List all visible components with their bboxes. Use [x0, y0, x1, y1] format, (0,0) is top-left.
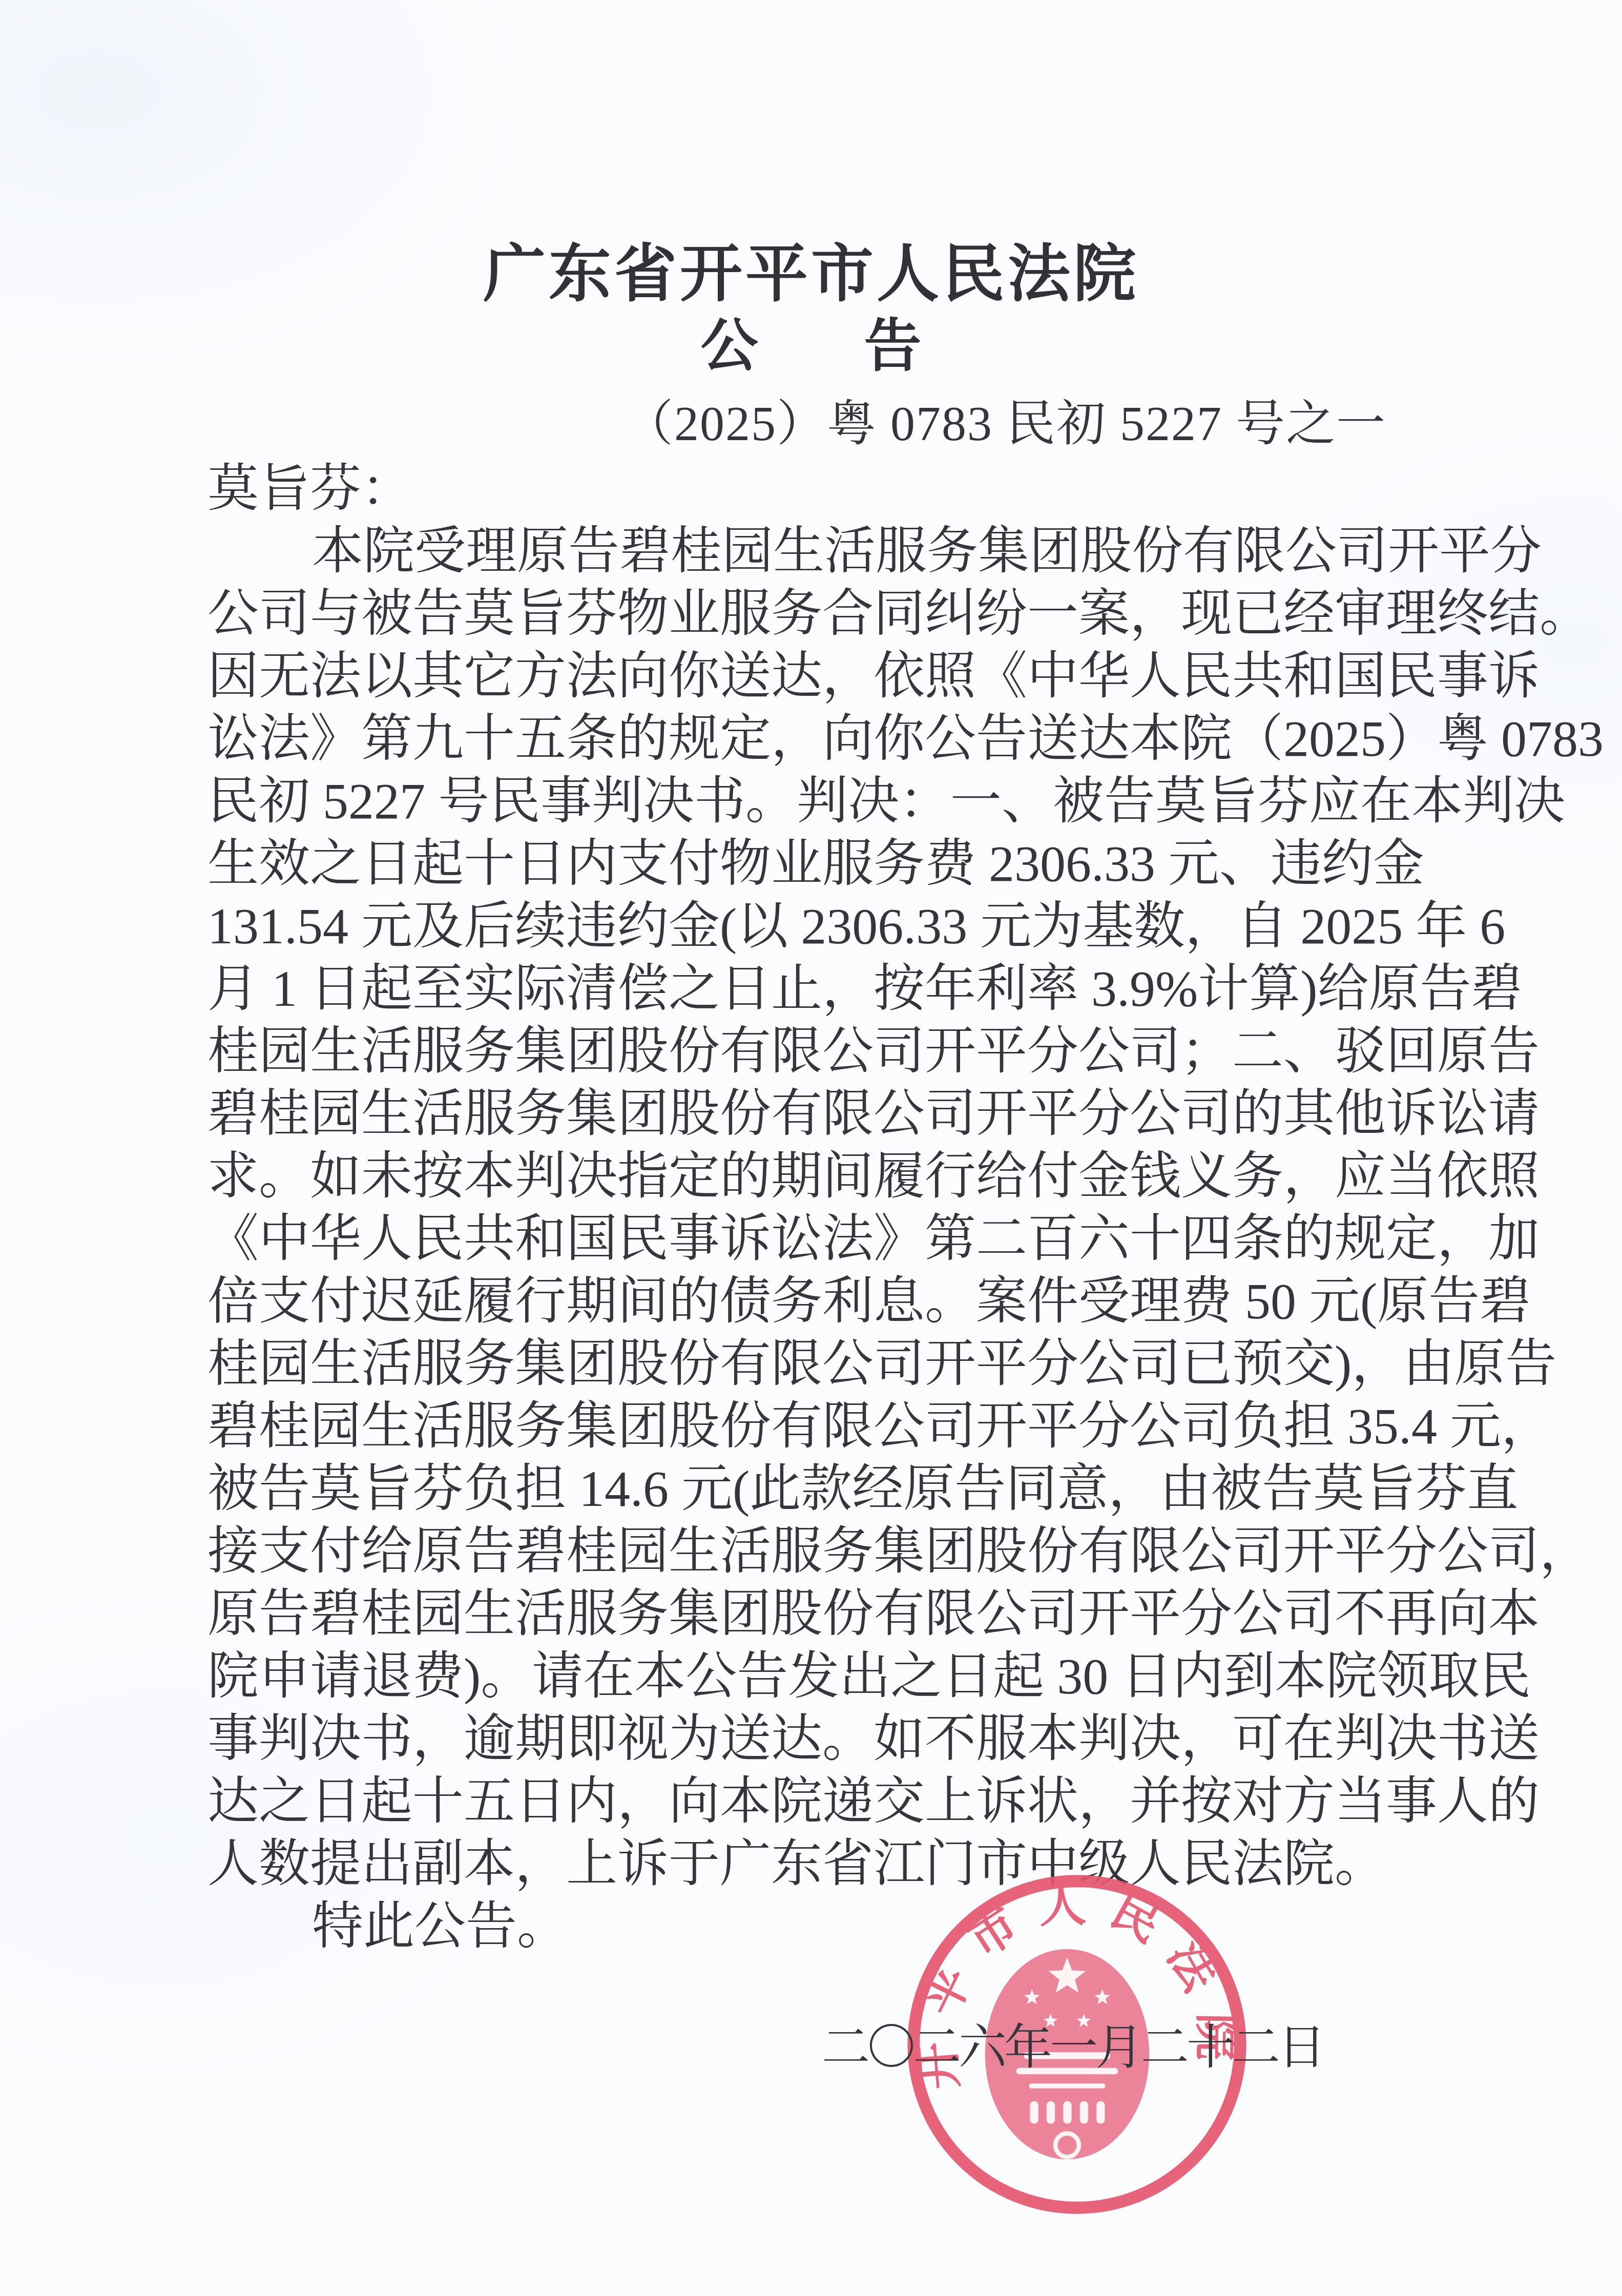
body-line: 碧桂园生活服务集团股份有限公司开平分公司的其他诉讼请	[207, 1083, 1419, 1145]
body-line: 接支付给原告碧桂园生活服务集团股份有限公司开平分公司，	[207, 1520, 1419, 1583]
body-line: 公司与被告莫旨芬物业服务合同纠纷一案，现已经审理终结。	[207, 583, 1419, 645]
doc-type-title: 公告	[0, 300, 1622, 383]
body-line: 桂园生活服务集团股份有限公司开平分公司已预交)，由原告	[207, 1333, 1419, 1395]
body-line: 《中华人民共和国民事诉讼法》第二百六十四条的规定，加	[207, 1208, 1419, 1270]
body-line: 求。如未按本判决指定的期间履行给付金钱义务，应当依照	[207, 1145, 1419, 1208]
body-line: 因无法以其它方法向你送达，依照《中华人民共和国民事诉	[207, 645, 1419, 708]
body-line: 本院受理原告碧桂园生活服务集团股份有限公司开平分	[207, 520, 1419, 583]
body-text: 本院受理原告碧桂园生活服务集团股份有限公司开平分公司与被告莫旨芬物业服务合同纠纷…	[207, 520, 1419, 1895]
body-line: 达之日起十五日内，向本院递交上诉状，并按对方当事人的	[207, 1770, 1419, 1833]
court-name-title: 广东省开平市人民法院	[0, 223, 1622, 313]
body-line: 原告碧桂园生活服务集团股份有限公司开平分公司不再向本	[207, 1583, 1419, 1645]
body-line: 事判决书，逾期即视为送达。如不服本判决，可在判决书送	[207, 1708, 1419, 1770]
announcement-page: 广东省开平市人民法院 公告 （2025）粤 0783 民初 5227 号之一 莫…	[0, 0, 1622, 2296]
body-line: 院申请退费)。请在本公告发出之日起 30 日内到本院领取民	[207, 1645, 1419, 1708]
body-line: 生效之日起十日内支付物业服务费 2306.33 元、违约金	[207, 833, 1419, 895]
issue-date: 二〇二六年一月二十二日	[822, 2009, 1323, 2078]
body-line: 讼法》第九十五条的规定，向你公告送达本院（2025）粤 0783	[207, 708, 1419, 770]
body-line: 倍支付迟延履行期间的债务利息。案件受理费 50 元(原告碧	[207, 1270, 1419, 1333]
case-number: （2025）粤 0783 民初 5227 号之一	[624, 384, 1386, 454]
body-line: 民初 5227 号民事判决书。判决：一、被告莫旨芬应在本判决	[207, 770, 1419, 833]
body-line: 131.54 元及后续违约金(以 2306.33 元为基数，自 2025 年 6	[207, 895, 1419, 958]
body-line: 碧桂园生活服务集团股份有限公司开平分公司负担 35.4 元，	[207, 1395, 1419, 1458]
announcement-body: 莫旨芬： 本院受理原告碧桂园生活服务集团股份有限公司开平分公司与被告莫旨芬物业服…	[207, 458, 1419, 1958]
body-line: 桂园生活服务集团股份有限公司开平分公司；二、驳回原告	[207, 1020, 1419, 1083]
body-line: 被告莫旨芬负担 14.6 元(此款经原告同意，由被告莫旨芬直	[207, 1458, 1419, 1520]
body-line: 月 1 日起至实际清偿之日止，按年利率 3.9%计算)给原告碧	[207, 958, 1419, 1020]
recipient-name: 莫旨芬：	[207, 458, 1419, 520]
